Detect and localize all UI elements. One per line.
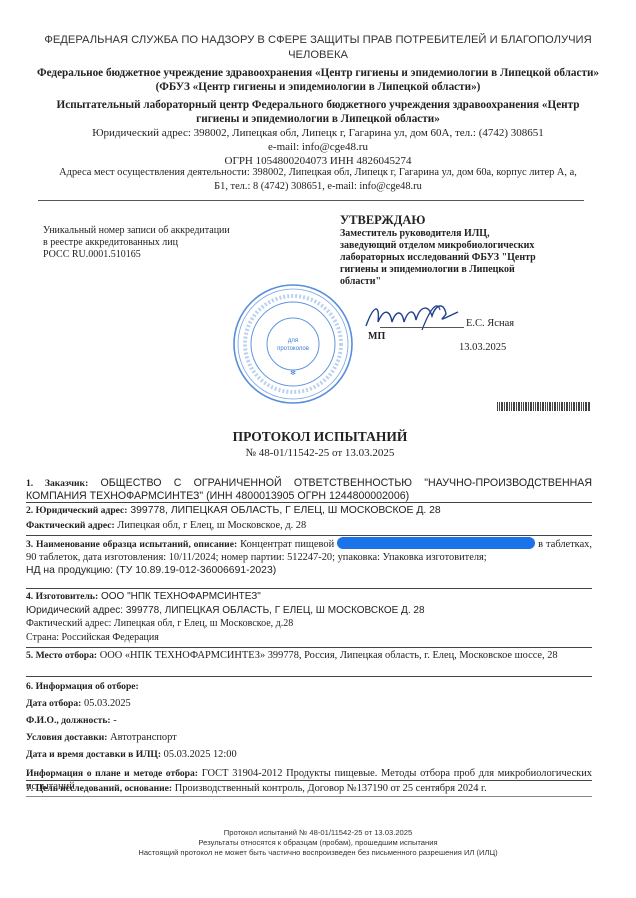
stamp-mark: МП bbox=[368, 331, 385, 342]
lab-line-1: Испытательный лабораторный центр Федерал… bbox=[20, 98, 616, 112]
approver-position-3: лабораторных исследований ФБУЗ "Центр bbox=[340, 252, 590, 264]
purpose-label: 7. Цель исследований, основание: bbox=[26, 783, 172, 794]
agency-line-2: ЧЕЛОВЕКА bbox=[20, 48, 616, 63]
delivery-datetime-label: Дата и время доставки в ИЛЦ: bbox=[26, 749, 161, 760]
header-divider bbox=[38, 200, 584, 201]
accreditation-block: Уникальный номер записи об аккредитации … bbox=[43, 225, 283, 261]
manufacturer-legal-address: Юридический адрес: 399778, ЛИПЕЦКАЯ ОБЛА… bbox=[26, 604, 592, 618]
legal-address-value: 399778, ЛИПЕЦКАЯ ОБЛАСТЬ, Г ЕЛЕЦ, Ш МОСК… bbox=[130, 505, 440, 516]
manufacturer-label: 4. Изготовитель: bbox=[26, 591, 98, 602]
protocol-title: ПРОТОКОЛ ИСПЫТАНИЙ bbox=[180, 429, 460, 445]
accreditation-line-1: Уникальный номер записи об аккредитации bbox=[43, 225, 283, 237]
signer-name: Е.С. Ясная bbox=[466, 318, 514, 329]
fio-value: - bbox=[113, 715, 116, 726]
svg-text:протоколов: протоколов bbox=[277, 346, 309, 352]
sampling-date-value: 05.03.2025 bbox=[84, 698, 131, 709]
section-sampling-info: 6. Информация об отборе: Дата отбора: 05… bbox=[26, 678, 592, 793]
customer-label: 1. Заказчик: bbox=[26, 478, 88, 489]
lab-header: Испытательный лабораторный центр Федерал… bbox=[20, 98, 616, 126]
section-manufacturer: 4. Изготовитель: ООО "НПК ТЕХНОФАРМСИНТЕ… bbox=[26, 590, 592, 644]
divider bbox=[26, 796, 592, 797]
customer-value: ОБЩЕСТВО С ОГРАНИЧЕННОЙ ОТВЕТСТВЕННОСТЬЮ… bbox=[26, 477, 592, 502]
sampling-info-label: 6. Информация об отборе: bbox=[26, 678, 592, 695]
sample-nd: НД на продукцию: (ТУ 10.89.19-012-360066… bbox=[26, 564, 592, 577]
approver-position-4: гигиены и эпидемиологии в Липецкой bbox=[340, 264, 590, 276]
institution-line-1: Федеральное бюджетное учреждение здравоо… bbox=[20, 66, 616, 80]
section-sample: 3. Наименование образца испытаний, описа… bbox=[26, 524, 592, 577]
signature-line bbox=[380, 327, 464, 328]
accreditation-line-2: в реестре аккредитованных лиц bbox=[43, 237, 283, 249]
sample-label: 3. Наименование образца испытаний, описа… bbox=[26, 539, 237, 550]
manufacturer-actual-address: Фактический адрес: Липецкая обл, г Елец,… bbox=[26, 617, 592, 631]
section-customer: 1. Заказчик: ОБЩЕСТВО С ОГРАНИЧЕННОЙ ОТВ… bbox=[26, 477, 592, 503]
footer-line-2: Результаты относятся к образцам (пробам)… bbox=[100, 838, 536, 848]
fio-label: Ф.И.О., должность: bbox=[26, 715, 111, 726]
activity-address-line-1: Адреса мест осуществления деятельности: … bbox=[20, 166, 616, 180]
divider bbox=[26, 780, 592, 781]
delivery-datetime-value: 05.03.2025 12:00 bbox=[164, 749, 237, 760]
section-purpose: 7. Цель исследований, основание: Произво… bbox=[26, 782, 592, 795]
accreditation-number: РОСС RU.0001.510165 bbox=[43, 249, 283, 261]
page-footer: Протокол испытаний № 48-01/11542-25 от 1… bbox=[100, 828, 536, 858]
section-sampling-place: 5. Место отбора: ООО «НПК ТЕХНОФАРМСИНТЕ… bbox=[26, 649, 592, 662]
sampling-date-label: Дата отбора: bbox=[26, 698, 81, 709]
agency-header: ФЕДЕРАЛЬНАЯ СЛУЖБА ПО НАДЗОРУ В СФЕРЕ ЗА… bbox=[20, 33, 616, 63]
protocol-number: № 48-01/11542-25 от 13.03.2025 bbox=[180, 446, 460, 460]
legal-address: Юридический адрес: 398002, Липецкая обл,… bbox=[20, 126, 616, 140]
manufacturer-value: ООО "НПК ТЕХНОФАРМСИНТЕЗ" bbox=[101, 591, 261, 602]
approval-title: УТВЕРЖДАЮ bbox=[340, 213, 590, 228]
institution-header: Федеральное бюджетное учреждение здравоо… bbox=[20, 66, 616, 94]
sampling-place-label: 5. Место отбора: bbox=[26, 650, 97, 661]
institution-line-2: (ФБУЗ «Центр гигиены и эпидемиологии в Л… bbox=[20, 80, 616, 94]
divider bbox=[26, 502, 592, 503]
approver-position-1: Заместитель руководителя ИЛЦ, bbox=[340, 228, 590, 240]
delivery-conditions-label: Условия доставки: bbox=[26, 732, 107, 743]
legal-address-label: 2. Юридический адрес: bbox=[26, 505, 127, 516]
svg-text:✻: ✻ bbox=[290, 369, 296, 377]
sampling-place-value: ООО «НПК ТЕХНОФАРМСИНТЕЗ» 399778, Россия… bbox=[100, 650, 558, 661]
email: e-mail: info@cge48.ru bbox=[20, 140, 616, 154]
manufacturer-country: Страна: Российская Федерация bbox=[26, 631, 592, 645]
approval-block: УТВЕРЖДАЮ Заместитель руководителя ИЛЦ, … bbox=[340, 213, 590, 288]
divider bbox=[26, 588, 592, 589]
divider bbox=[26, 647, 592, 648]
signature-icon bbox=[362, 300, 462, 334]
footer-line-1: Протокол испытаний № 48-01/11542-25 от 1… bbox=[100, 828, 536, 838]
purpose-value: Производственный контроль, Договор №1371… bbox=[175, 783, 487, 794]
sample-value-start: Концентрат пищевой bbox=[240, 539, 334, 550]
footer-line-3: Настоящий протокол не может быть частичн… bbox=[100, 848, 536, 858]
redacted-sample-name bbox=[337, 537, 535, 549]
activity-address: Адреса мест осуществления деятельности: … bbox=[20, 166, 616, 194]
delivery-conditions-value: Автотранспорт bbox=[110, 732, 177, 743]
divider bbox=[26, 676, 592, 677]
svg-text:для: для bbox=[288, 338, 298, 344]
approver-position-2: заведующий отделом микробиологических bbox=[340, 240, 590, 252]
barcode-icon bbox=[497, 402, 590, 411]
sampling-plan-label: Информация о плане и методе отбора: bbox=[26, 768, 198, 779]
approval-date: 13.03.2025 bbox=[459, 342, 506, 353]
approver-position-5: области" bbox=[340, 276, 590, 288]
agency-line-1: ФЕДЕРАЛЬНАЯ СЛУЖБА ПО НАДЗОРУ В СФЕРЕ ЗА… bbox=[20, 33, 616, 48]
activity-address-line-2: Б1, тел.: 8 (4742) 308651, e-mail: info@… bbox=[20, 180, 616, 194]
official-stamp-icon: для протоколов ✻ bbox=[232, 283, 354, 405]
lab-line-2: гигиены и эпидемиологии в Липецкой облас… bbox=[20, 112, 616, 126]
contact-block: Юридический адрес: 398002, Липецкая обл,… bbox=[20, 126, 616, 168]
